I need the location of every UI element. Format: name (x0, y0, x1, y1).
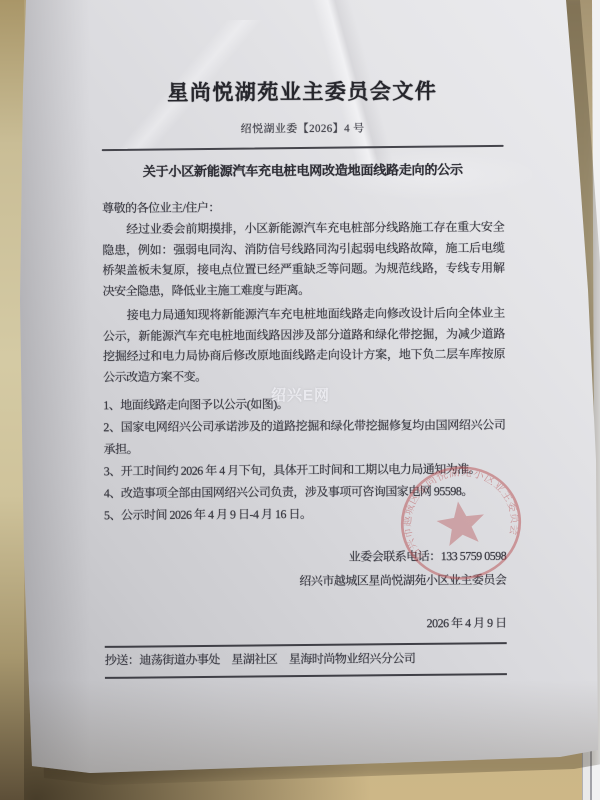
header-divider (102, 145, 504, 151)
document-title: 星尚悦湖苑业主委员会文件 (101, 75, 503, 107)
seal-star-icon (434, 498, 487, 547)
committee-seal: 绍兴市越城区星尚悦湖苑小区业主委员会 (390, 456, 531, 591)
cc-line: 抄送：迪荡街道办事处 星湖社区 星海时尚物业绍兴分公司 (105, 649, 507, 668)
watermark: 绍兴E网 (271, 384, 330, 405)
issue-date: 2026 年 4 月 9 日 (105, 614, 510, 633)
photo-of-document: 星尚悦湖苑业主委员会文件 绍悦湖业委【2026】4 号 关于小区新能源汽车充电桩… (0, 0, 600, 800)
document-number: 绍悦湖业委【2026】4 号 (102, 119, 504, 137)
cc-divider-bottom (105, 673, 507, 678)
notice-subject: 关于小区新能源汽车充电桩电网改造地面线路走向的公示 (102, 159, 504, 180)
paragraph-1: 经过业委会前期摸排，小区新能源汽车充电桩部分线路施工存在重大安全隐患，例如：强弱… (102, 217, 504, 302)
cc-divider-top (105, 642, 507, 647)
document-content: 星尚悦湖苑业主委员会文件 绍悦湖业委【2026】4 号 关于小区新能源汽车充电桩… (101, 0, 507, 721)
left-board-edge (0, 0, 24, 800)
item-2: 2、国家电网绍兴公司承诺涉及的道路挖掘和绿化带挖掘修复均由国网绍兴公司承担。 (103, 414, 505, 460)
salutation: 尊敬的各位业主/住户： (102, 197, 504, 216)
paragraph-2: 接电力局通知现将新能源汽车充电桩地面线路走向修改设计后向全体业主公示，新能源汽车… (103, 303, 505, 388)
